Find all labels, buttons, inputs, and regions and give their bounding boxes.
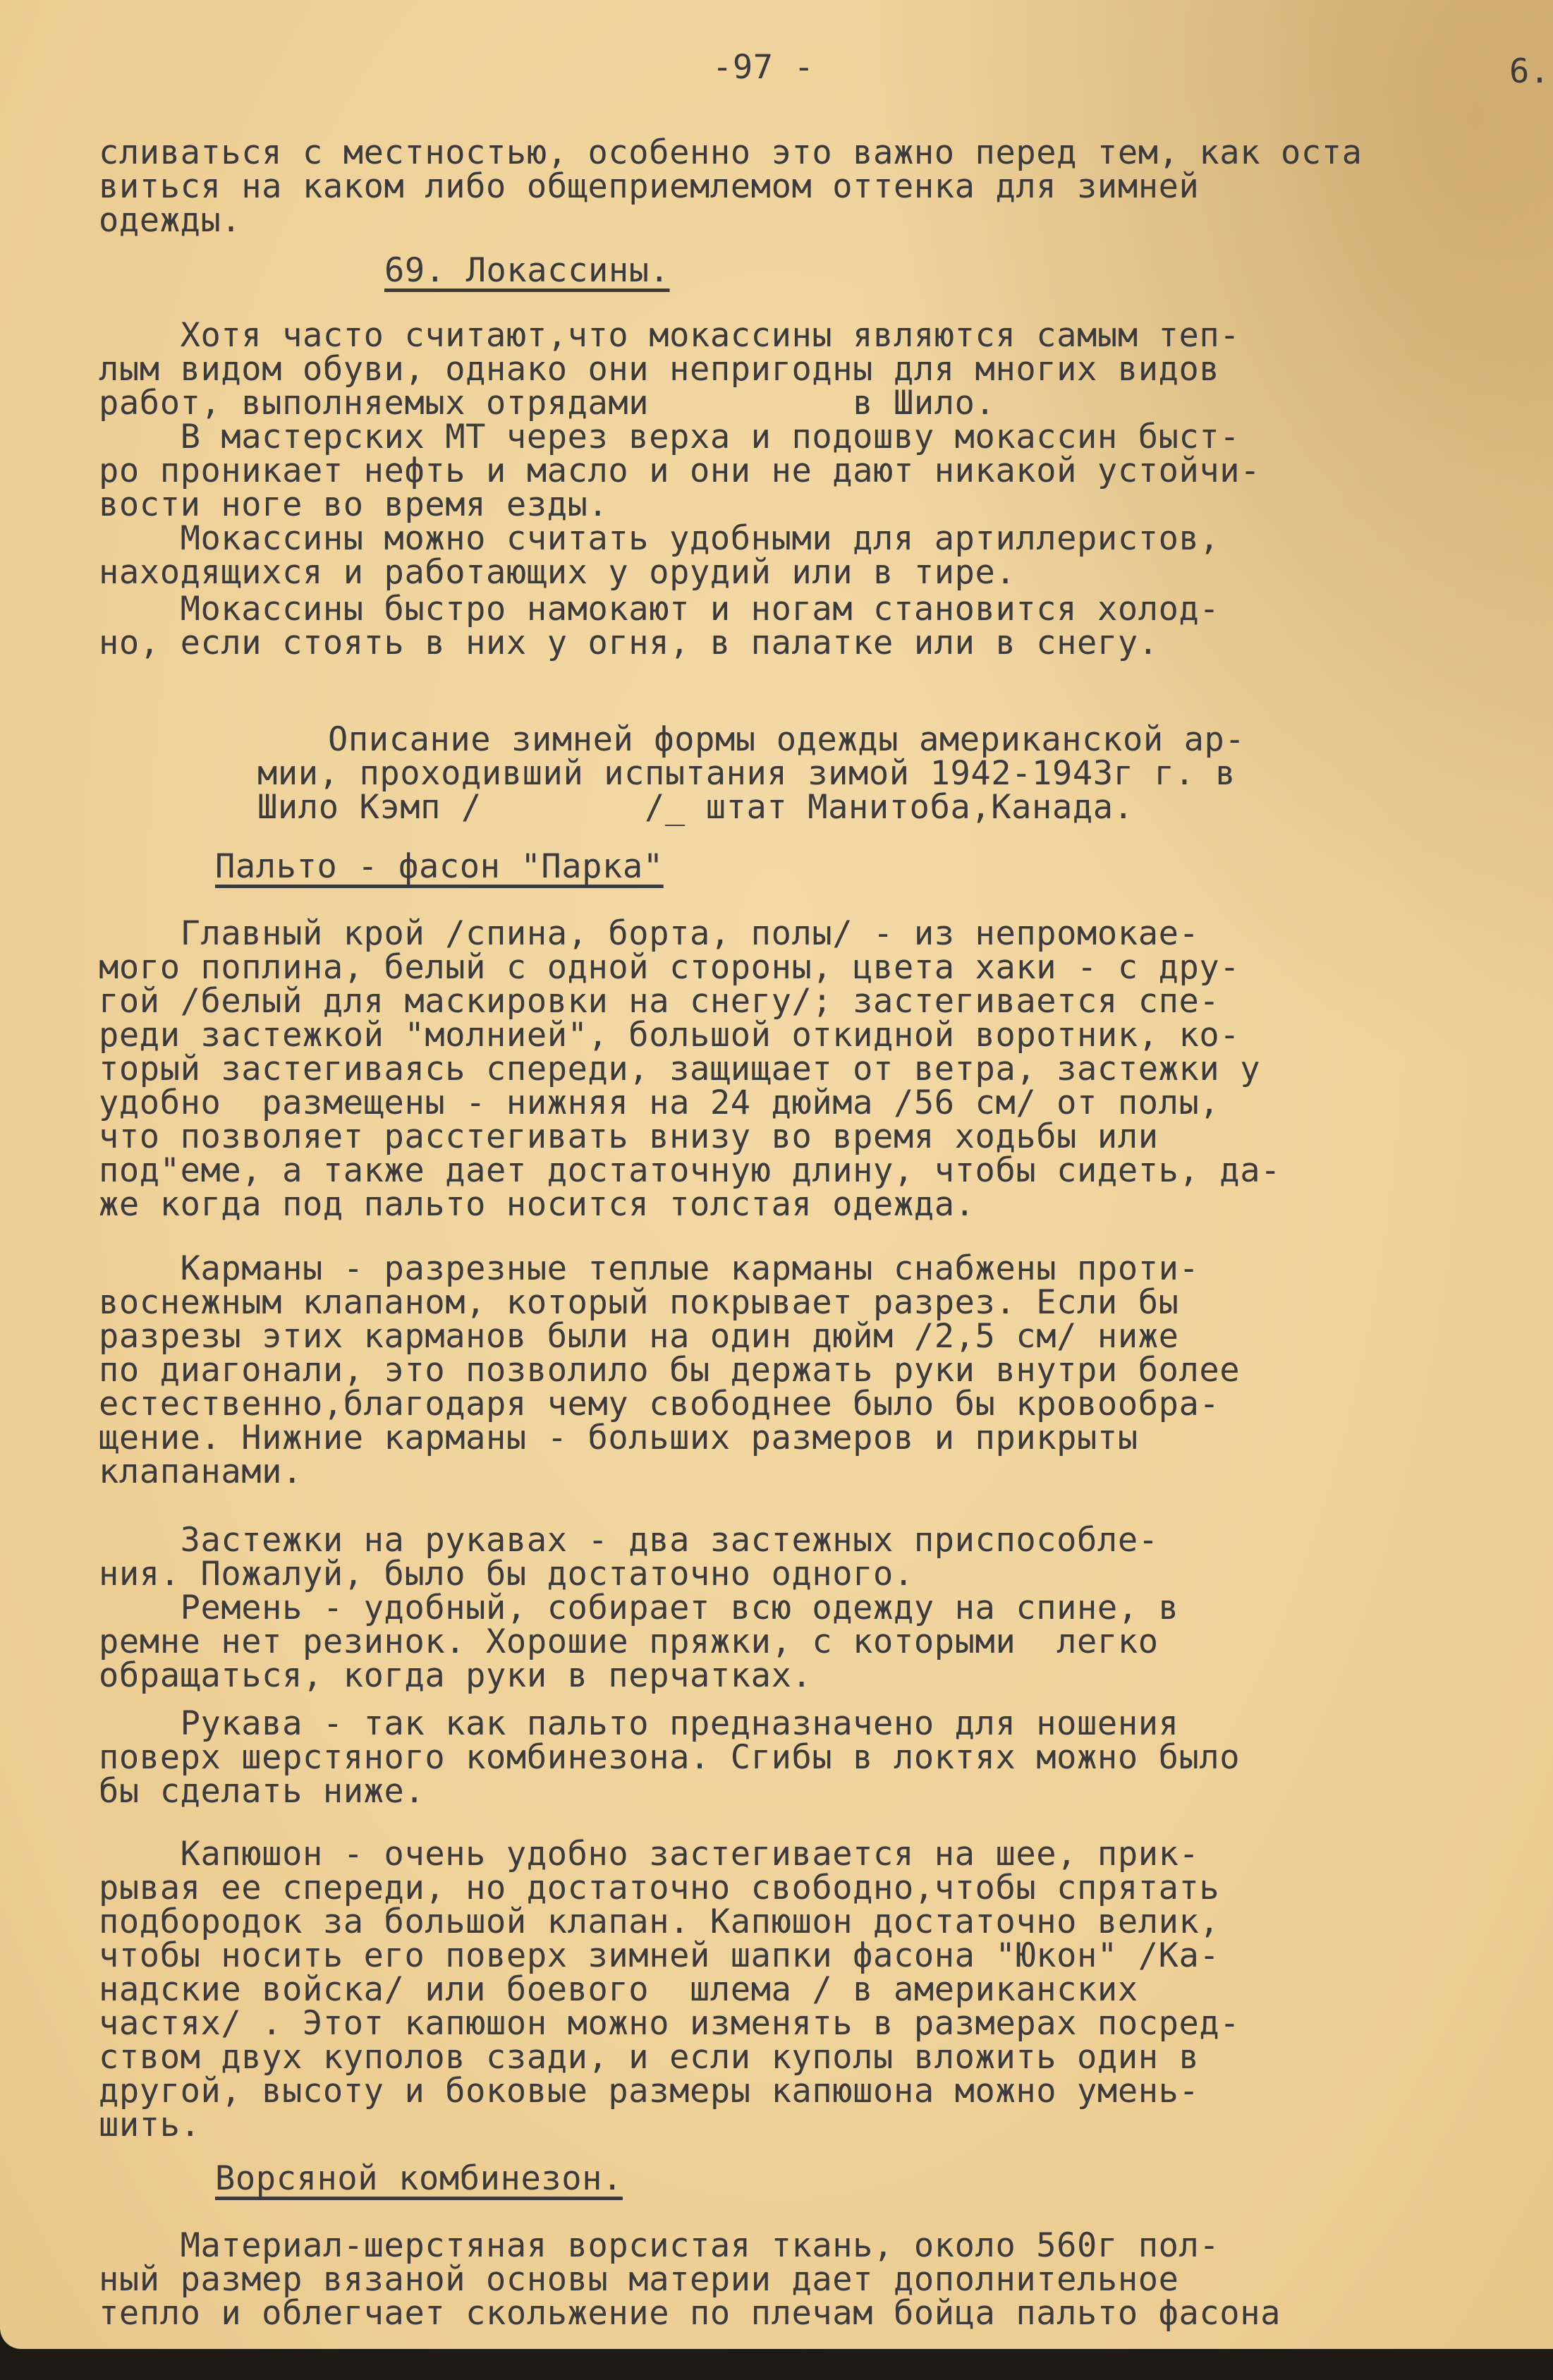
text-line: Капюшон - очень удобно застегивается на … — [99, 1838, 1199, 1871]
text-line: Описание зимней формы одежды американско… — [328, 723, 1245, 757]
text-line: воснежным клапаном, который покрывает ра… — [99, 1286, 1179, 1320]
text-line: ремне нет резинок. Хорошие пряжки, с кот… — [99, 1625, 1159, 1659]
text-line: Карманы - разрезные теплые карманы снабж… — [99, 1252, 1199, 1286]
text-line: подбородок за большой клапан. Капюшон до… — [99, 1905, 1219, 1939]
section-heading: 69. Локассины. — [384, 254, 670, 288]
text-line: Главный крой /спина, борта, полы/ - из н… — [99, 917, 1199, 951]
typewritten-page: -97 - 6. сливаться с местностью, особенн… — [0, 0, 1553, 2380]
text-line: ния. Пожалуй, было бы достаточно одного. — [99, 1558, 914, 1591]
text-line: обращаться, когда руки в перчатках. — [99, 1659, 812, 1693]
text-line: В мастерских МТ через верха и подошву мо… — [99, 420, 1240, 454]
text-line: частях/ . Этот капюшон можно изменять в … — [99, 2007, 1240, 2041]
text-line: Ремень - удобный, собирает всю одежду на… — [99, 1591, 1179, 1625]
section-heading: Ворсяной комбинезон. — [215, 2162, 623, 2196]
text-line: тепло и облегчает скольжение по плечам б… — [99, 2297, 1281, 2331]
text-line: лым видом обуви, однако они непригодны д… — [99, 353, 1219, 387]
text-line: находящихся и работающих у орудий или в … — [99, 556, 1016, 590]
text-line: разрезы этих карманов были на один дюйм … — [99, 1320, 1179, 1354]
text-line: ный размер вязаной основы материи дает д… — [99, 2263, 1179, 2297]
text-line: ством двух куполов сзади, и если куполы … — [99, 2041, 1199, 2075]
text-line: щение. Нижние карманы - больших размеров… — [99, 1421, 1138, 1455]
text-line: другой, высоту и боковые размеры капюшон… — [99, 2075, 1199, 2108]
text-line: Рукава - так как пальто предназначено дл… — [99, 1707, 1179, 1741]
text-line: под"еме, а также дает достаточную длину,… — [99, 1154, 1281, 1188]
text-line: Мокассины можно считать удобными для арт… — [99, 522, 1219, 556]
text-line: торый застегиваясь спереди, защищает от … — [99, 1052, 1260, 1086]
text-line: одежды. — [99, 204, 241, 238]
text-line: ро проникает нефть и масло и они не дают… — [99, 454, 1260, 488]
text-line: шить. — [99, 2108, 200, 2142]
text-line: удобно размещены - нижняя на 24 дюйма /5… — [99, 1086, 1219, 1120]
text-line: естественно,благодаря чему свободнее был… — [99, 1388, 1219, 1421]
text-line: поверх шерстяного комбинезона. Сгибы в л… — [99, 1741, 1240, 1775]
text-line: бы сделать ниже. — [99, 1775, 425, 1809]
text-line: Застежки на рукавах - два застежных прис… — [99, 1524, 1159, 1558]
text-line: реди застежкой "молнией", большой откидн… — [99, 1019, 1240, 1052]
sheet-number: 6. — [1509, 52, 1550, 91]
text-line: Хотя часто считают,что мокассины являютс… — [99, 319, 1240, 353]
text-line: по диагонали, это позволило бы держать р… — [99, 1354, 1240, 1388]
text-line: Мокассины быстро намокают и ногам станов… — [99, 593, 1219, 626]
text-line: мии, проходивший испытания зимой 1942-19… — [257, 757, 1236, 791]
text-line: но, если стоять в них у огня, в палатке … — [99, 626, 1159, 660]
text-line: чтобы носить его поверх зимней шапки фас… — [99, 1939, 1219, 1973]
text-line: Материал-шерстяная ворсистая ткань, окол… — [99, 2229, 1219, 2263]
text-line: рывая ее спереди, но достаточно свободно… — [99, 1871, 1219, 1905]
text-line: гой /белый для маскировки на снегу/; зас… — [99, 985, 1219, 1019]
text-line: что позволяет расстегивать внизу во врем… — [99, 1120, 1159, 1154]
text-line: Шило Кэмп / /_ штат Манитоба,Канада. — [257, 791, 1134, 825]
text-line: работ, выполняемых отрядами в Шило. — [99, 387, 995, 420]
text-line: виться на каком либо общеприемлемом отте… — [99, 170, 1199, 204]
text-line: мого поплина, белый с одной стороны, цве… — [99, 951, 1240, 985]
text-line: клапанами. — [99, 1455, 303, 1489]
text-line: сливаться с местностью, особенно это важ… — [99, 136, 1363, 170]
text-line: же когда под пальто носится толстая одеж… — [99, 1188, 975, 1222]
section-heading: Пальто - фасон "Парка" — [215, 850, 664, 884]
text-line: надские войска/ или боевого шлема / в ам… — [99, 1973, 1138, 2007]
text-line: вости ноге во время езды. — [99, 488, 608, 522]
page-number: -97 - — [712, 48, 814, 87]
